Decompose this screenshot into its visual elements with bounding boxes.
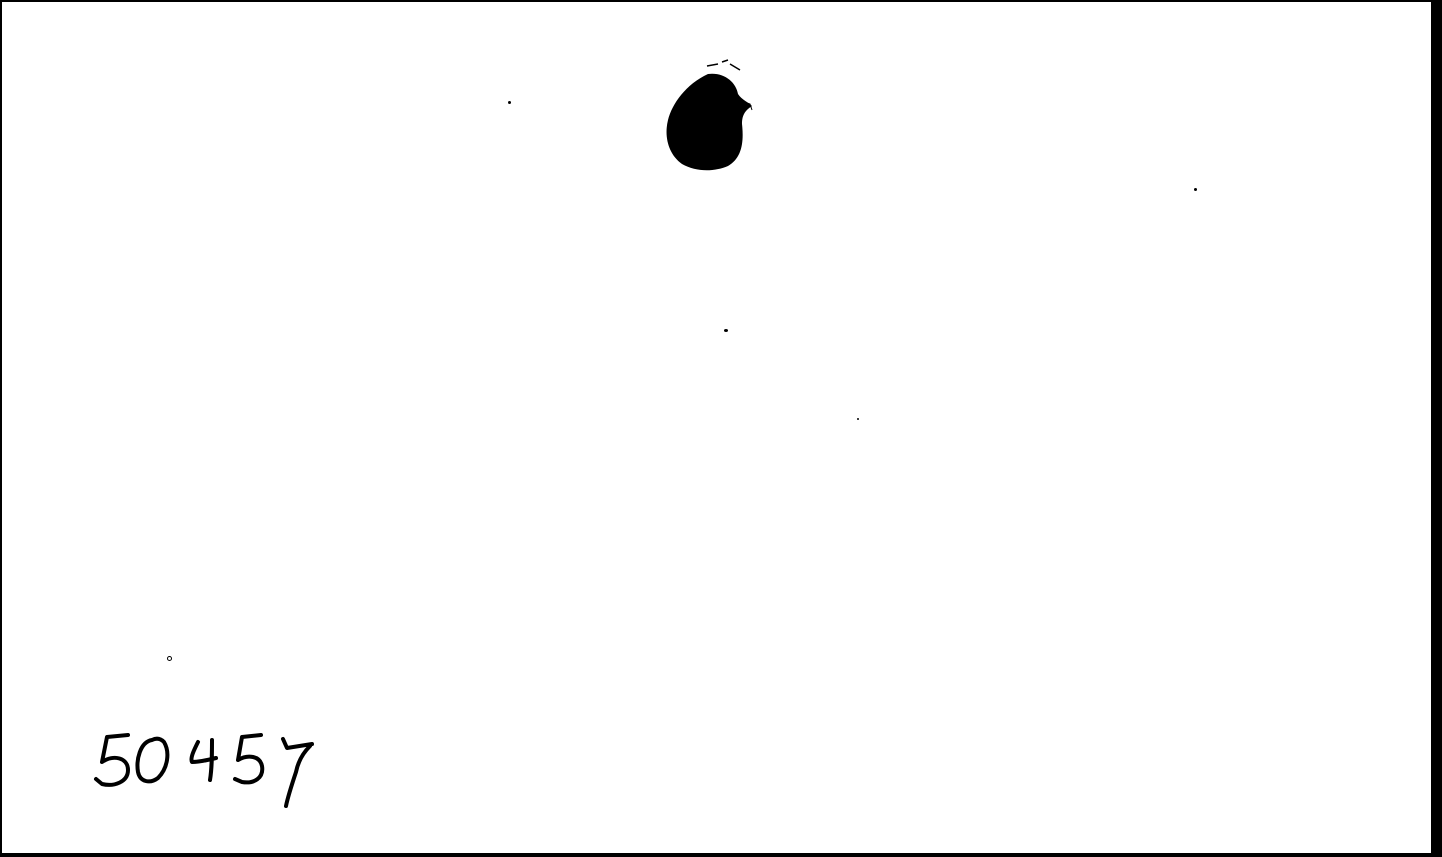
scan-border [1431, 0, 1442, 857]
index-card: 50457 [2, 2, 1431, 853]
handwritten-number [2, 2, 1431, 853]
